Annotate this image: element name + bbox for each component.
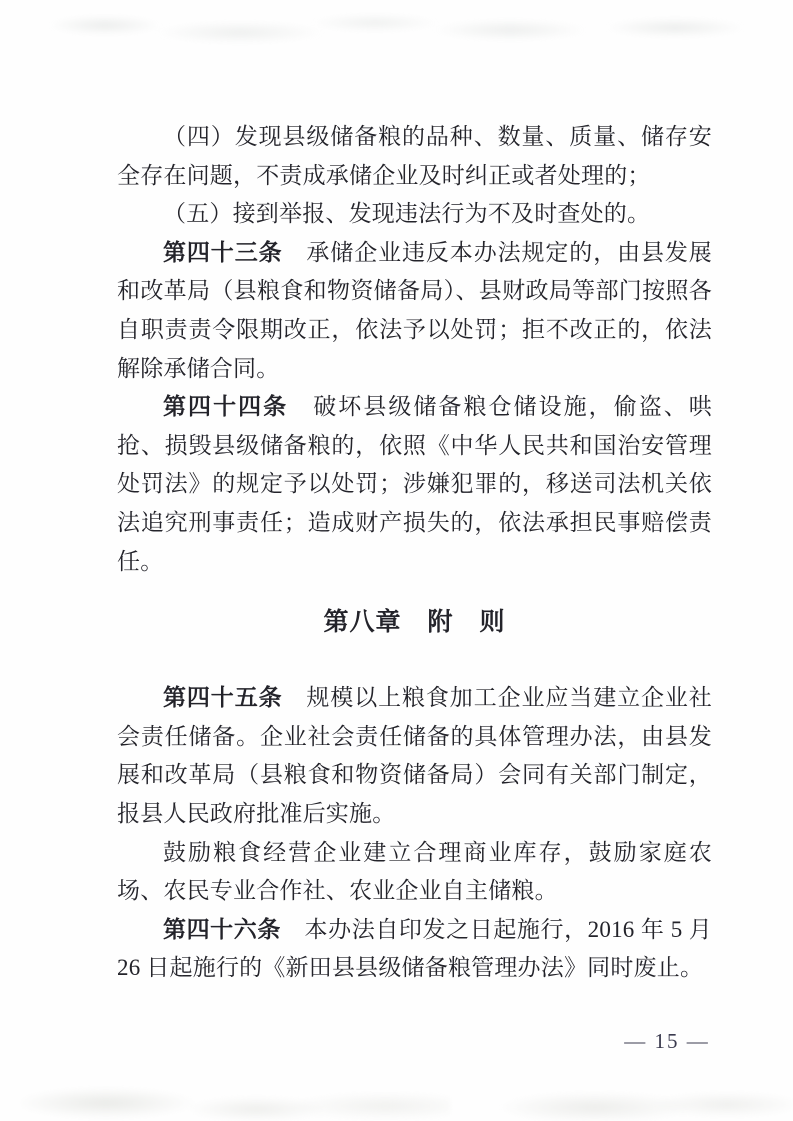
article-45-label: 第四十五条 — [163, 685, 283, 710]
paragraph-encourage-storage: 鼓励粮食经营企业建立合理商业库存，鼓励家庭农场、农民专业合作社、农业企业自主储粮… — [117, 834, 712, 911]
paragraph-clause-5: （五）接到举报、发现违法行为不及时查处的。 — [117, 195, 712, 234]
article-43-label: 第四十三条 — [163, 240, 283, 265]
paragraph-article-44: 第四十四条 破坏县级储备粮仓储设施，偷盗、哄抢、损毁县级储备粮的，依照《中华人民… — [117, 388, 712, 581]
document-body: （四）发现县级储备粮的品种、数量、质量、储存安全存在问题，不责成承储企业及时纠正… — [117, 118, 712, 988]
paragraph-text: 鼓励粮食经营企业建立合理商业库存，鼓励家庭农场、农民专业合作社、农业企业自主储粮… — [117, 840, 712, 904]
paragraph-article-45: 第四十五条 规模以上粮食加工企业应当建立企业社会责任储备。企业社会责任储备的具体… — [117, 679, 712, 833]
paragraph-clause-4: （四）发现县级储备粮的品种、数量、质量、储存安全存在问题，不责成承储企业及时纠正… — [117, 118, 712, 195]
article-46-label: 第四十六条 — [163, 917, 281, 942]
paragraph-text: （五）接到举报、发现违法行为不及时查处的。 — [163, 201, 650, 226]
scan-artifact-bottom-right — [463, 1066, 793, 1121]
scan-artifact-bottom-left — [20, 1061, 450, 1121]
paragraph-text: （四）发现县级储备粮的品种、数量、质量、储存安全存在问题，不责成承储企业及时纠正… — [117, 124, 712, 188]
document-page: （四）发现县级储备粮的品种、数量、质量、储存安全存在问题，不责成承储企业及时纠正… — [0, 0, 793, 1121]
paragraph-text: 破坏县级储备粮仓储设施，偷盗、哄抢、损毁县级储备粮的，依照《中华人民共和国治安管… — [117, 394, 712, 573]
page-number: — 15 — — [617, 1028, 717, 1054]
scan-artifact-top — [15, 6, 765, 54]
chapter-heading: 第八章 附 则 — [117, 602, 712, 642]
paragraph-article-46: 第四十六条 本办法自印发之日起施行，2016 年 5 月 26 日起施行的《新田… — [117, 911, 712, 988]
paragraph-article-43: 第四十三条 承储企业违反本办法规定的，由县发展和改革局（县粮食和物资储备局）、县… — [117, 234, 712, 388]
article-44-label: 第四十四条 — [163, 394, 288, 419]
